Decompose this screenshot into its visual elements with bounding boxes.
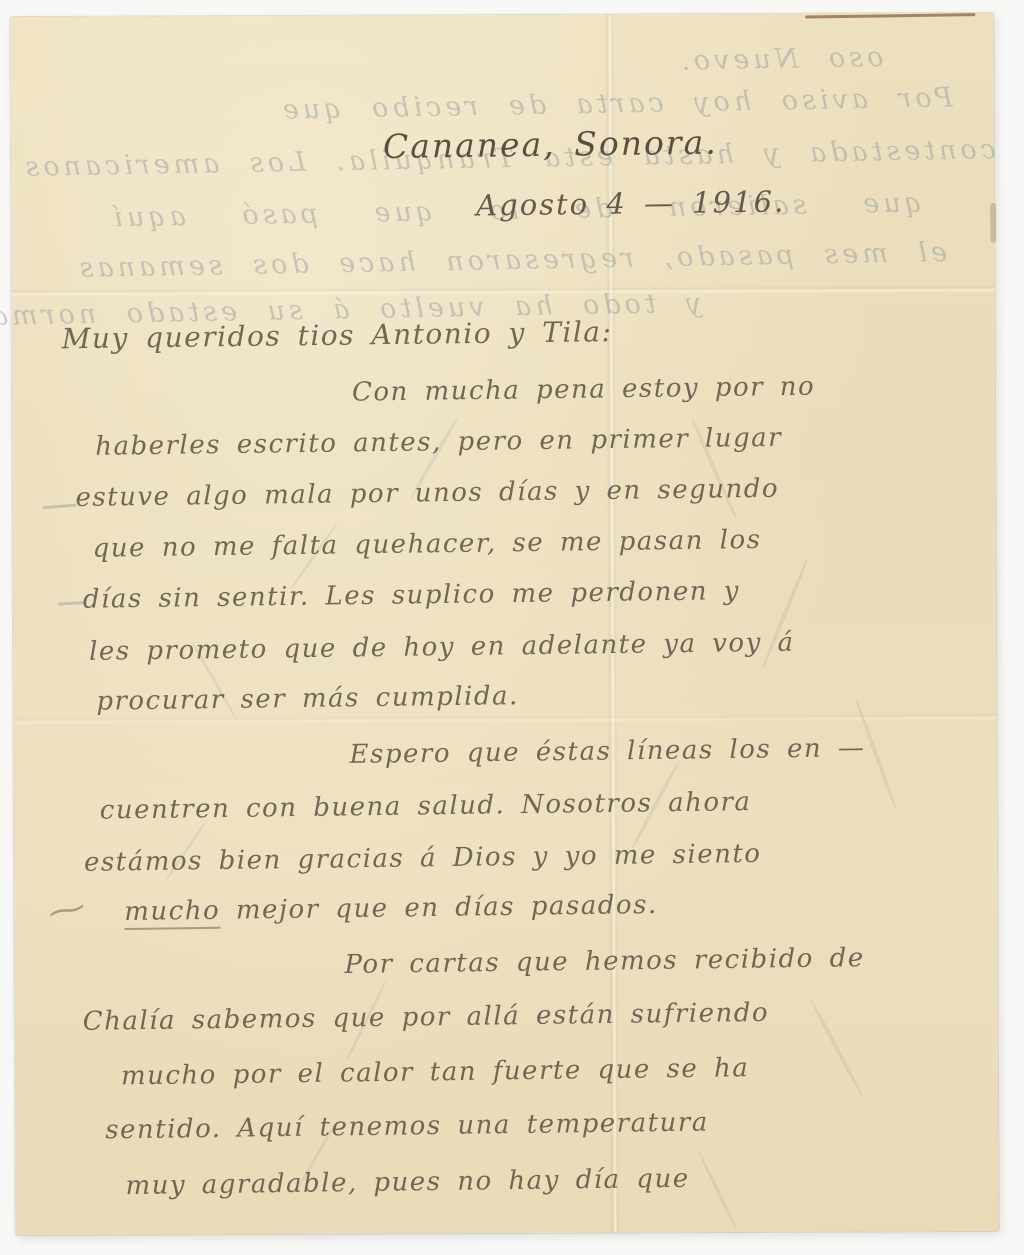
- margin-dash: [42, 504, 76, 510]
- letter-body-line: cuentren con buena salud. Nosotros ahora: [100, 787, 752, 826]
- bleedthrough-line: el mes pasado, regresaron hace dos seman…: [36, 236, 986, 284]
- letter-place-line: Cananea, Sonora.: [383, 123, 718, 166]
- letter-body-line: estuve algo mala por unos días y en segu…: [75, 474, 779, 513]
- letter-body-line: Por cartas que hemos recibido de: [344, 943, 865, 980]
- margin-correction-mark: ~: [41, 889, 93, 933]
- line-remainder: mejor que en días pasados.: [236, 890, 658, 926]
- letter-body-line: procurar ser más cumplida.: [96, 681, 519, 717]
- bleedthrough-line: oso Nuevo.: [630, 41, 931, 77]
- scanned-letter-page: oso Nuevo. Por aviso hoy carta de recibo…: [0, 0, 1024, 1255]
- ghost-stroke: [696, 1148, 738, 1230]
- letter-body-line: haberles escrito antes, pero en primer l…: [95, 423, 782, 462]
- letter-body-line: les prometo que de hoy en adelante ya vo…: [89, 628, 795, 667]
- letter-paper: oso Nuevo. Por aviso hoy carta de recibo…: [10, 13, 998, 1235]
- underlined-word: mucho: [124, 896, 220, 930]
- letter-body-line: mucho mejor que en días pasados.: [124, 890, 658, 927]
- letter-body-line: Espero que éstas líneas los en —: [349, 733, 865, 770]
- margin-dash: [58, 601, 84, 605]
- paper-top-edge-shadow: [805, 13, 975, 19]
- letter-salutation: Muy queridos tios Antonio y Tila:: [62, 315, 613, 355]
- letter-body-line: días sin sentir. Les suplico me perdonen…: [83, 576, 740, 615]
- letter-body-line: Con mucha pena estoy por no: [352, 372, 816, 408]
- bleedthrough-line: Por aviso hoy carta de recibo que: [221, 81, 1011, 126]
- letter-body-line: mucho por el calor tan fuerte que se ha: [121, 1053, 750, 1091]
- letter-body-line: que no me falta quehacer, se me pasan lo…: [92, 525, 761, 564]
- ghost-stroke: [809, 999, 865, 1098]
- letter-body-line: Chalía sabemos que por allá están sufrie…: [83, 998, 770, 1037]
- letter-body-line: estámos bien gracias á Dios y yo me sien…: [84, 839, 762, 878]
- letter-date-line: Agosto 4 — 1916.: [476, 184, 786, 222]
- letter-body-line: muy agradable, pues no hay día que: [125, 1164, 690, 1201]
